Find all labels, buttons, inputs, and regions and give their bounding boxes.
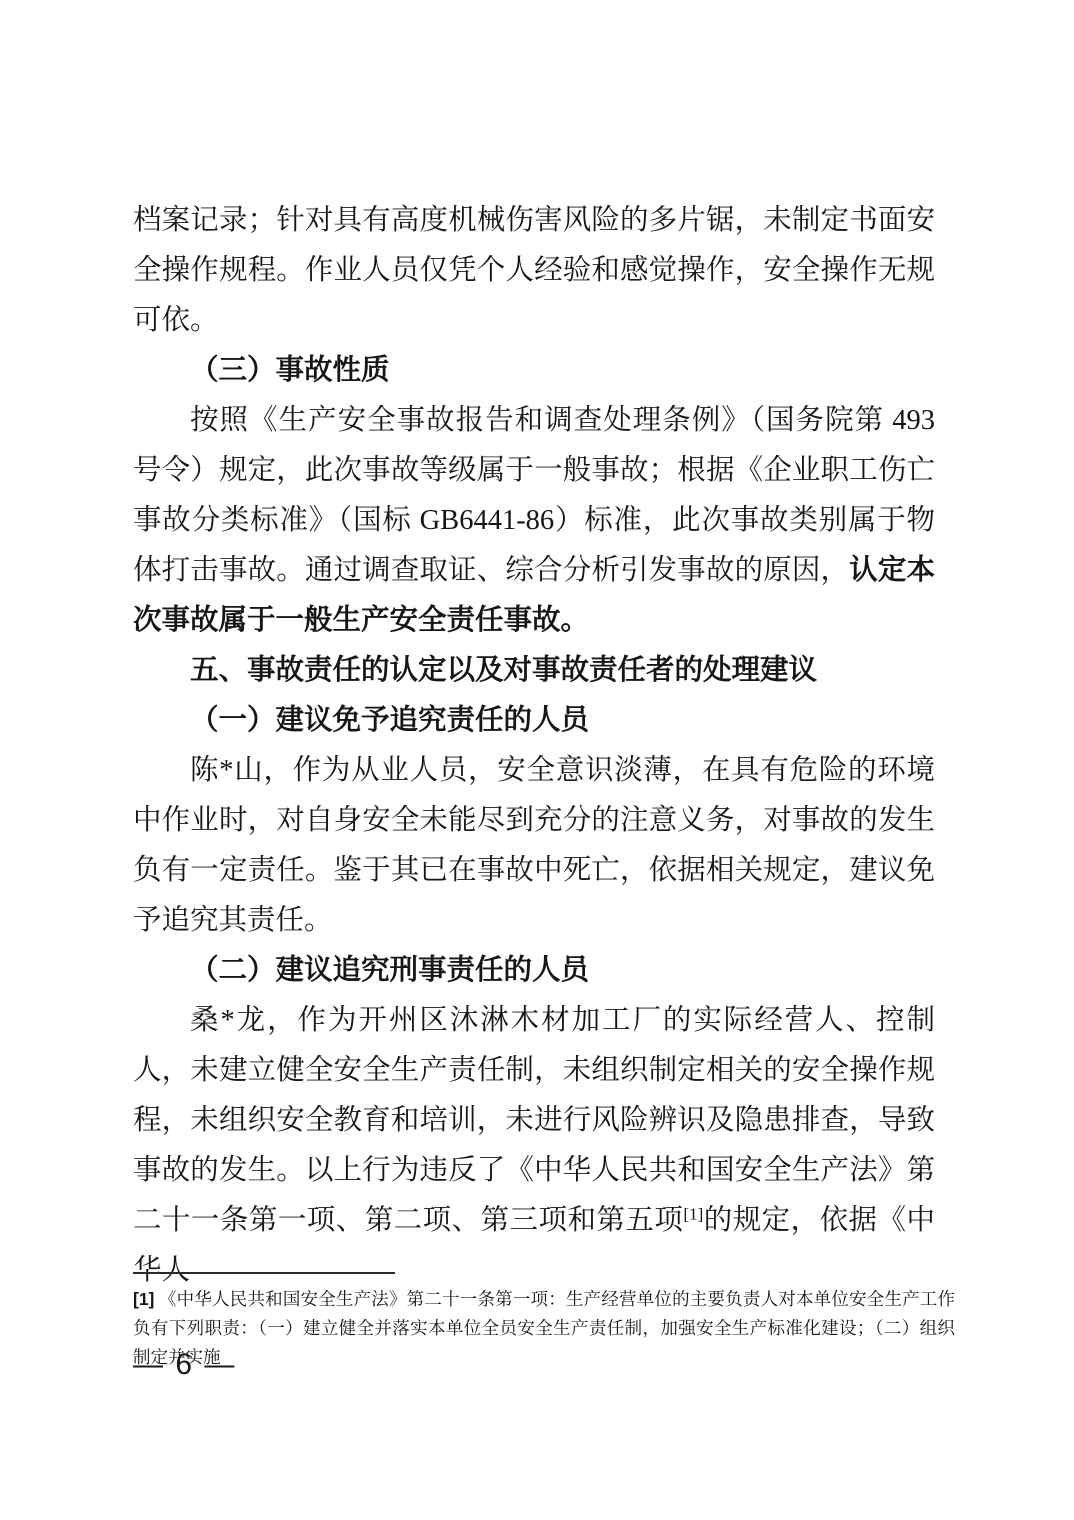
footnote-body: 《中华人民共和国安全生产法》第二十一条第一项：生产经营单位的主要负责人对本单位安…	[133, 1289, 955, 1367]
paragraph-intro-continuation: 档案记录；针对具有高度机械伤害风险的多片锯，未制定书面安全操作规程。作业人员仅凭…	[133, 196, 935, 346]
section-heading-accident-nature: （三）事故性质	[133, 346, 935, 396]
footnote-section: [1] 《中华人民共和国安全生产法》第二十一条第一项：生产经营单位的主要负责人对…	[133, 1272, 955, 1372]
document-body: 档案记录；针对具有高度机械伤害风险的多片锯，未制定书面安全操作规程。作业人员仅凭…	[133, 196, 935, 1296]
paragraph-exempt-person: 陈*山，作为从业人员，安全意识淡薄，在具有危险的环境中作业时，对自身安全未能尽到…	[133, 746, 935, 946]
paragraph-accident-nature: 按照《生产安全事故报告和调查处理条例》（国务院第 493 号令）规定，此次事故等…	[133, 396, 935, 646]
paragraph-accident-nature-normal: 按照《生产安全事故报告和调查处理条例》（国务院第 493 号令）规定，此次事故等…	[133, 405, 935, 586]
subsection-heading-criminal-persons: （二）建议追究刑事责任的人员	[133, 946, 935, 996]
paragraph-criminal-person: 桑*龙，作为开州区沐淋木材加工厂的实际经营人、控制人，未建立健全安全生产责任制，…	[133, 996, 935, 1296]
paragraph-criminal-person-text: 桑*龙，作为开州区沐淋木材加工厂的实际经营人、控制人，未建立健全安全生产责任制，…	[133, 1005, 935, 1236]
footnote-marker: [1]	[133, 1289, 154, 1309]
footnote-separator-line	[133, 1272, 395, 1274]
document-page: 档案记录；针对具有高度机械伤害风险的多片锯，未制定书面安全操作规程。作业人员仅凭…	[0, 0, 1074, 1520]
section-heading-responsibility: 五、事故责任的认定以及对事故责任者的处理建议	[133, 646, 935, 696]
page-number: — 6 —	[133, 1348, 236, 1382]
footnote-reference-mark: [1]	[683, 1205, 703, 1224]
subsection-heading-exempt-persons: （一）建议免予追究责任的人员	[133, 696, 935, 746]
footnote-text: [1] 《中华人民共和国安全生产法》第二十一条第一项：生产经营单位的主要负责人对…	[133, 1285, 955, 1372]
